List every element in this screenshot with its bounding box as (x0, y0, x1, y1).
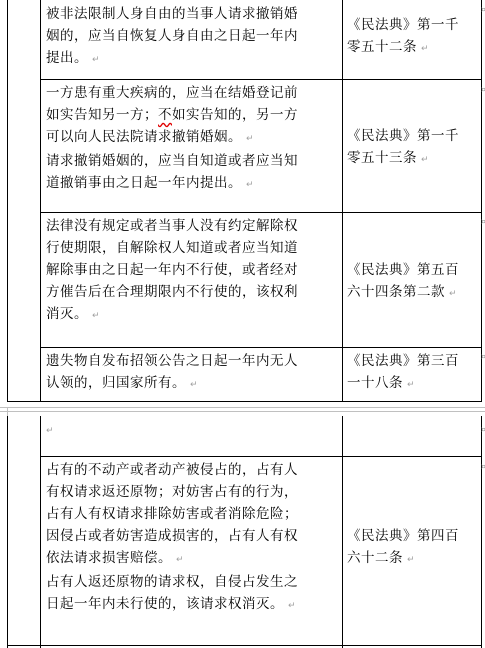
text-line: 零五十三条 (347, 150, 417, 166)
row-border (40, 347, 482, 348)
text-line: 方催告后在合理期限内不行使的，该权利 (46, 281, 298, 303)
paragraph-mark-icon: ↵ (246, 134, 254, 144)
table-border-col1 (40, 0, 41, 402)
table-border-bottom (7, 401, 482, 402)
paragraph-mark-icon: ↵ (288, 601, 296, 611)
text-line: 因侵占或者妨害造成损害的，占有人有权 (46, 525, 298, 547)
table-border-right (481, 416, 482, 648)
row-end-mark-icon: ¤ (481, 218, 485, 226)
table-border-col2 (342, 0, 343, 402)
paragraph-mark-icon: ↵ (92, 55, 100, 65)
row-end-mark-icon: ¤ (481, 463, 485, 471)
row-end-mark-icon: ¤ (481, 6, 485, 14)
paragraph-mark-icon: ↵ (92, 311, 100, 321)
page-break-separator (0, 407, 485, 412)
text-line: 被非法限制人身自由的当事人请求撤销婚 (46, 3, 298, 25)
text-line: 占有人有权请求排除妨害或者消除危险； (46, 503, 298, 525)
text-line: 《民法典》第五百 (347, 259, 459, 281)
table-border-col2 (342, 416, 343, 648)
paragraph-mark-icon: ↵ (407, 555, 415, 565)
table-cell-law[interactable]: 《民法典》第五百 六十四条第二款↵ (347, 259, 459, 305)
text-line: 提出。 (46, 50, 88, 66)
row-border (40, 212, 482, 213)
text-line: 道撤销事由之日起一年内提出。 (46, 175, 242, 191)
text-line: 请求撤销婚姻的，应当自知道或者应当知 (46, 150, 298, 172)
text-line: 行使期限，自解除权人知道或者应当知道 (46, 237, 298, 259)
document-page-1: 被非法限制人身自由的当事人请求撤销婚 姻的，应当自恢复人身自由之日起一年内 提出… (0, 0, 485, 402)
text-line: 《民法典》第一千 (347, 14, 459, 36)
text-line: 有权请求返还原物；对妨害占有的行为， (46, 481, 298, 503)
table-cell-content[interactable]: 法律没有规定或者当事人没有约定解除权 行使期限，自解除权人知道或者应当知道 解除… (46, 215, 298, 327)
row-end-mark-icon: ¤ (481, 353, 485, 361)
text-line: 如实告知另一方； (46, 107, 158, 123)
table-border-left (7, 416, 8, 648)
table-border-left (7, 0, 8, 402)
text-line: 依法请求损害赔偿。 (46, 550, 172, 566)
table-cell-law[interactable]: 《民法典》第一千 零五十三条↵ (347, 125, 459, 171)
text-line: 法律没有规定或者当事人没有约定解除权 (46, 215, 298, 237)
table-cell-content[interactable]: 一方患有重大疾病的，应当在结婚登记前 如实告知另一方；不如实告知的，另一方 可以… (46, 82, 298, 196)
text-line: 如实告知的，另一方 (172, 107, 298, 123)
text-line: 日起一年内未行使的，该请求权消灭。 (46, 596, 284, 612)
spell-error-word[interactable]: 不 (158, 107, 172, 123)
text-line: 《民法典》第四百 (347, 525, 459, 547)
text-line: 六十二条 (347, 550, 403, 566)
paragraph-mark-icon: ↵ (421, 44, 429, 54)
paragraph-mark-icon: ↵ (190, 380, 198, 390)
text-line: 认领的，归国家所有。 (46, 375, 186, 391)
table-cell-content[interactable]: 被非法限制人身自由的当事人请求撤销婚 姻的，应当自恢复人身自由之日起一年内 提出… (46, 3, 298, 71)
text-line: 占有的不动产或者动产被侵占的，占有人 (46, 459, 298, 481)
table-cell-content-empty[interactable]: ↵ (46, 418, 54, 442)
paragraph-mark-icon: ↵ (176, 555, 184, 565)
table-cell-law[interactable]: 《民法典》第一千 零五十二条↵ (347, 14, 459, 60)
row-border (7, 645, 482, 646)
text-line: 六十四条第二款 (347, 284, 445, 300)
document-page-2: ↵ ¤ 占有的不动产或者动产被侵占的，占有人 有权请求返还原物；对妨害占有的行为… (0, 413, 485, 648)
text-line: 一十八条 (347, 375, 403, 391)
text-line: 消灭。 (46, 306, 88, 322)
text-line: 遗失物自发布招领公告之日起一年内无人 (46, 350, 298, 372)
paragraph-mark-icon: ↵ (421, 155, 429, 165)
row-border (40, 456, 482, 457)
table-border-right (481, 0, 482, 402)
text-line: 姻的，应当自恢复人身自由之日起一年内 (46, 25, 298, 47)
text-line: 解除事由之日起一年内不行使，或者经对 (46, 259, 298, 281)
paragraph-mark-icon: ↵ (449, 289, 457, 299)
table-cell-law[interactable]: 《民法典》第三百 一十八条↵ (347, 350, 459, 396)
text-line: 可以向人民法院请求撤销婚姻。 (46, 129, 242, 145)
text-line: 占有人返还原物的请求权，自侵占发生之 (46, 571, 298, 593)
table-border-col1 (40, 416, 41, 648)
paragraph-mark-icon: ↵ (46, 426, 54, 436)
text-line: 一方患有重大疾病的，应当在结婚登记前 (46, 82, 298, 104)
text-line: 《民法典》第一千 (347, 125, 459, 147)
table-cell-content[interactable]: 占有的不动产或者动产被侵占的，占有人 有权请求返还原物；对妨害占有的行为， 占有… (46, 459, 298, 617)
paragraph-mark-icon: ↵ (246, 180, 254, 190)
table-cell-law[interactable]: 《民法典》第四百 六十二条↵ (347, 525, 459, 571)
table-cell-content[interactable]: 遗失物自发布招领公告之日起一年内无人 认领的，归国家所有。↵ (46, 350, 298, 396)
row-end-mark-icon: ¤ (481, 426, 485, 434)
row-border (40, 79, 482, 80)
row-end-mark-icon: ¤ (481, 86, 485, 94)
paragraph-mark-icon: ↵ (407, 380, 415, 390)
text-line: 零五十二条 (347, 39, 417, 55)
text-line: 《民法典》第三百 (347, 350, 459, 372)
